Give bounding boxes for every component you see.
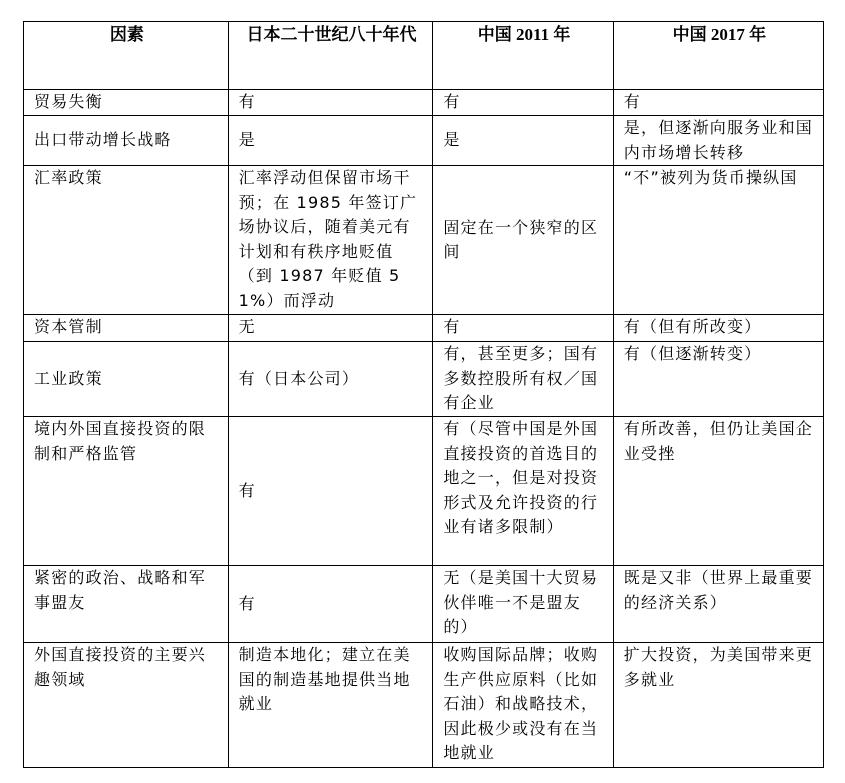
china-2017-cell: 有（但逐渐转变） bbox=[613, 342, 823, 417]
header-china-2011: 中国 2011 年 bbox=[433, 22, 613, 90]
factor-cell: 外国直接投资的主要兴趣领域 bbox=[24, 643, 229, 768]
factor-cell: 境内外国直接投资的限制和严格监管 bbox=[24, 417, 229, 566]
china-2011-cell: 固定在一个狭窄的区间 bbox=[433, 166, 613, 315]
table-row: 紧密的政治、战略和军事盟友 有 无（是美国十大贸易伙伴唯一不是盟友的） 既是又非… bbox=[24, 566, 824, 643]
japan-cell: 有（日本公司） bbox=[228, 342, 433, 417]
comparison-table: 因素 日本二十世纪八十年代 中国 2011 年 中国 2017 年 贸易失衡 有… bbox=[23, 21, 824, 768]
japan-cell: 汇率浮动但保留市场干预；在 1985 年签订广场协议后，随着美元有计划和有秩序地… bbox=[228, 166, 433, 315]
china-2017-cell: 既是又非（世界上最重要的经济关系） bbox=[613, 566, 823, 643]
table-row: 工业政策 有（日本公司） 有，甚至更多；国有多数控股所有权／国有企业 有（但逐渐… bbox=[24, 342, 824, 417]
table-row: 汇率政策 汇率浮动但保留市场干预；在 1985 年签订广场协议后，随着美元有计划… bbox=[24, 166, 824, 315]
factor-cell: 资本管制 bbox=[24, 315, 229, 342]
header-row: 因素 日本二十世纪八十年代 中国 2011 年 中国 2017 年 bbox=[24, 22, 824, 90]
factor-cell: 工业政策 bbox=[24, 342, 229, 417]
factor-cell: 紧密的政治、战略和军事盟友 bbox=[24, 566, 229, 643]
header-japan-1980s: 日本二十世纪八十年代 bbox=[228, 22, 433, 90]
japan-cell: 制造本地化；建立在美国的制造基地提供当地就业 bbox=[228, 643, 433, 768]
china-2017-cell: 有（但有所改变） bbox=[613, 315, 823, 342]
china-2011-cell: 有，甚至更多；国有多数控股所有权／国有企业 bbox=[433, 342, 613, 417]
japan-cell: 有 bbox=[228, 417, 433, 566]
japan-cell: 有 bbox=[228, 90, 433, 116]
factor-cell: 出口带动增长战略 bbox=[24, 116, 229, 166]
table-row: 外国直接投资的主要兴趣领域 制造本地化；建立在美国的制造基地提供当地就业 收购国… bbox=[24, 643, 824, 768]
china-2011-cell: 有（尽管中国是外国直接投资的首选目的地之一，但是对投资形式及允许投资的行业有诸多… bbox=[433, 417, 613, 566]
factor-cell: 贸易失衡 bbox=[24, 90, 229, 116]
table-row: 贸易失衡 有 有 有 bbox=[24, 90, 824, 116]
china-2017-cell: 有 bbox=[613, 90, 823, 116]
header-china-2017: 中国 2017 年 bbox=[613, 22, 823, 90]
china-2011-cell: 收购国际品牌；收购生产供应原料（比如石油）和战略技术，因此极少或没有在当地就业 bbox=[433, 643, 613, 768]
china-2017-cell: 有所改善，但仍让美国企业受挫 bbox=[613, 417, 823, 566]
header-factor: 因素 bbox=[24, 22, 229, 90]
china-2011-cell: 有 bbox=[433, 90, 613, 116]
japan-cell: 无 bbox=[228, 315, 433, 342]
japan-cell: 有 bbox=[228, 566, 433, 643]
table-row: 出口带动增长战略 是 是 是，但逐渐向服务业和国内市场增长转移 bbox=[24, 116, 824, 166]
china-2017-cell: 是，但逐渐向服务业和国内市场增长转移 bbox=[613, 116, 823, 166]
china-2011-cell: 有 bbox=[433, 315, 613, 342]
japan-cell: 是 bbox=[228, 116, 433, 166]
china-2011-cell: 是 bbox=[433, 116, 613, 166]
china-2017-cell: “不”被列为货币操纵国 bbox=[613, 166, 823, 315]
table-row: 境内外国直接投资的限制和严格监管 有 有（尽管中国是外国直接投资的首选目的地之一… bbox=[24, 417, 824, 566]
factor-cell: 汇率政策 bbox=[24, 166, 229, 315]
china-2017-cell: 扩大投资，为美国带来更多就业 bbox=[613, 643, 823, 768]
china-2011-cell: 无（是美国十大贸易伙伴唯一不是盟友的） bbox=[433, 566, 613, 643]
table-row: 资本管制 无 有 有（但有所改变） bbox=[24, 315, 824, 342]
